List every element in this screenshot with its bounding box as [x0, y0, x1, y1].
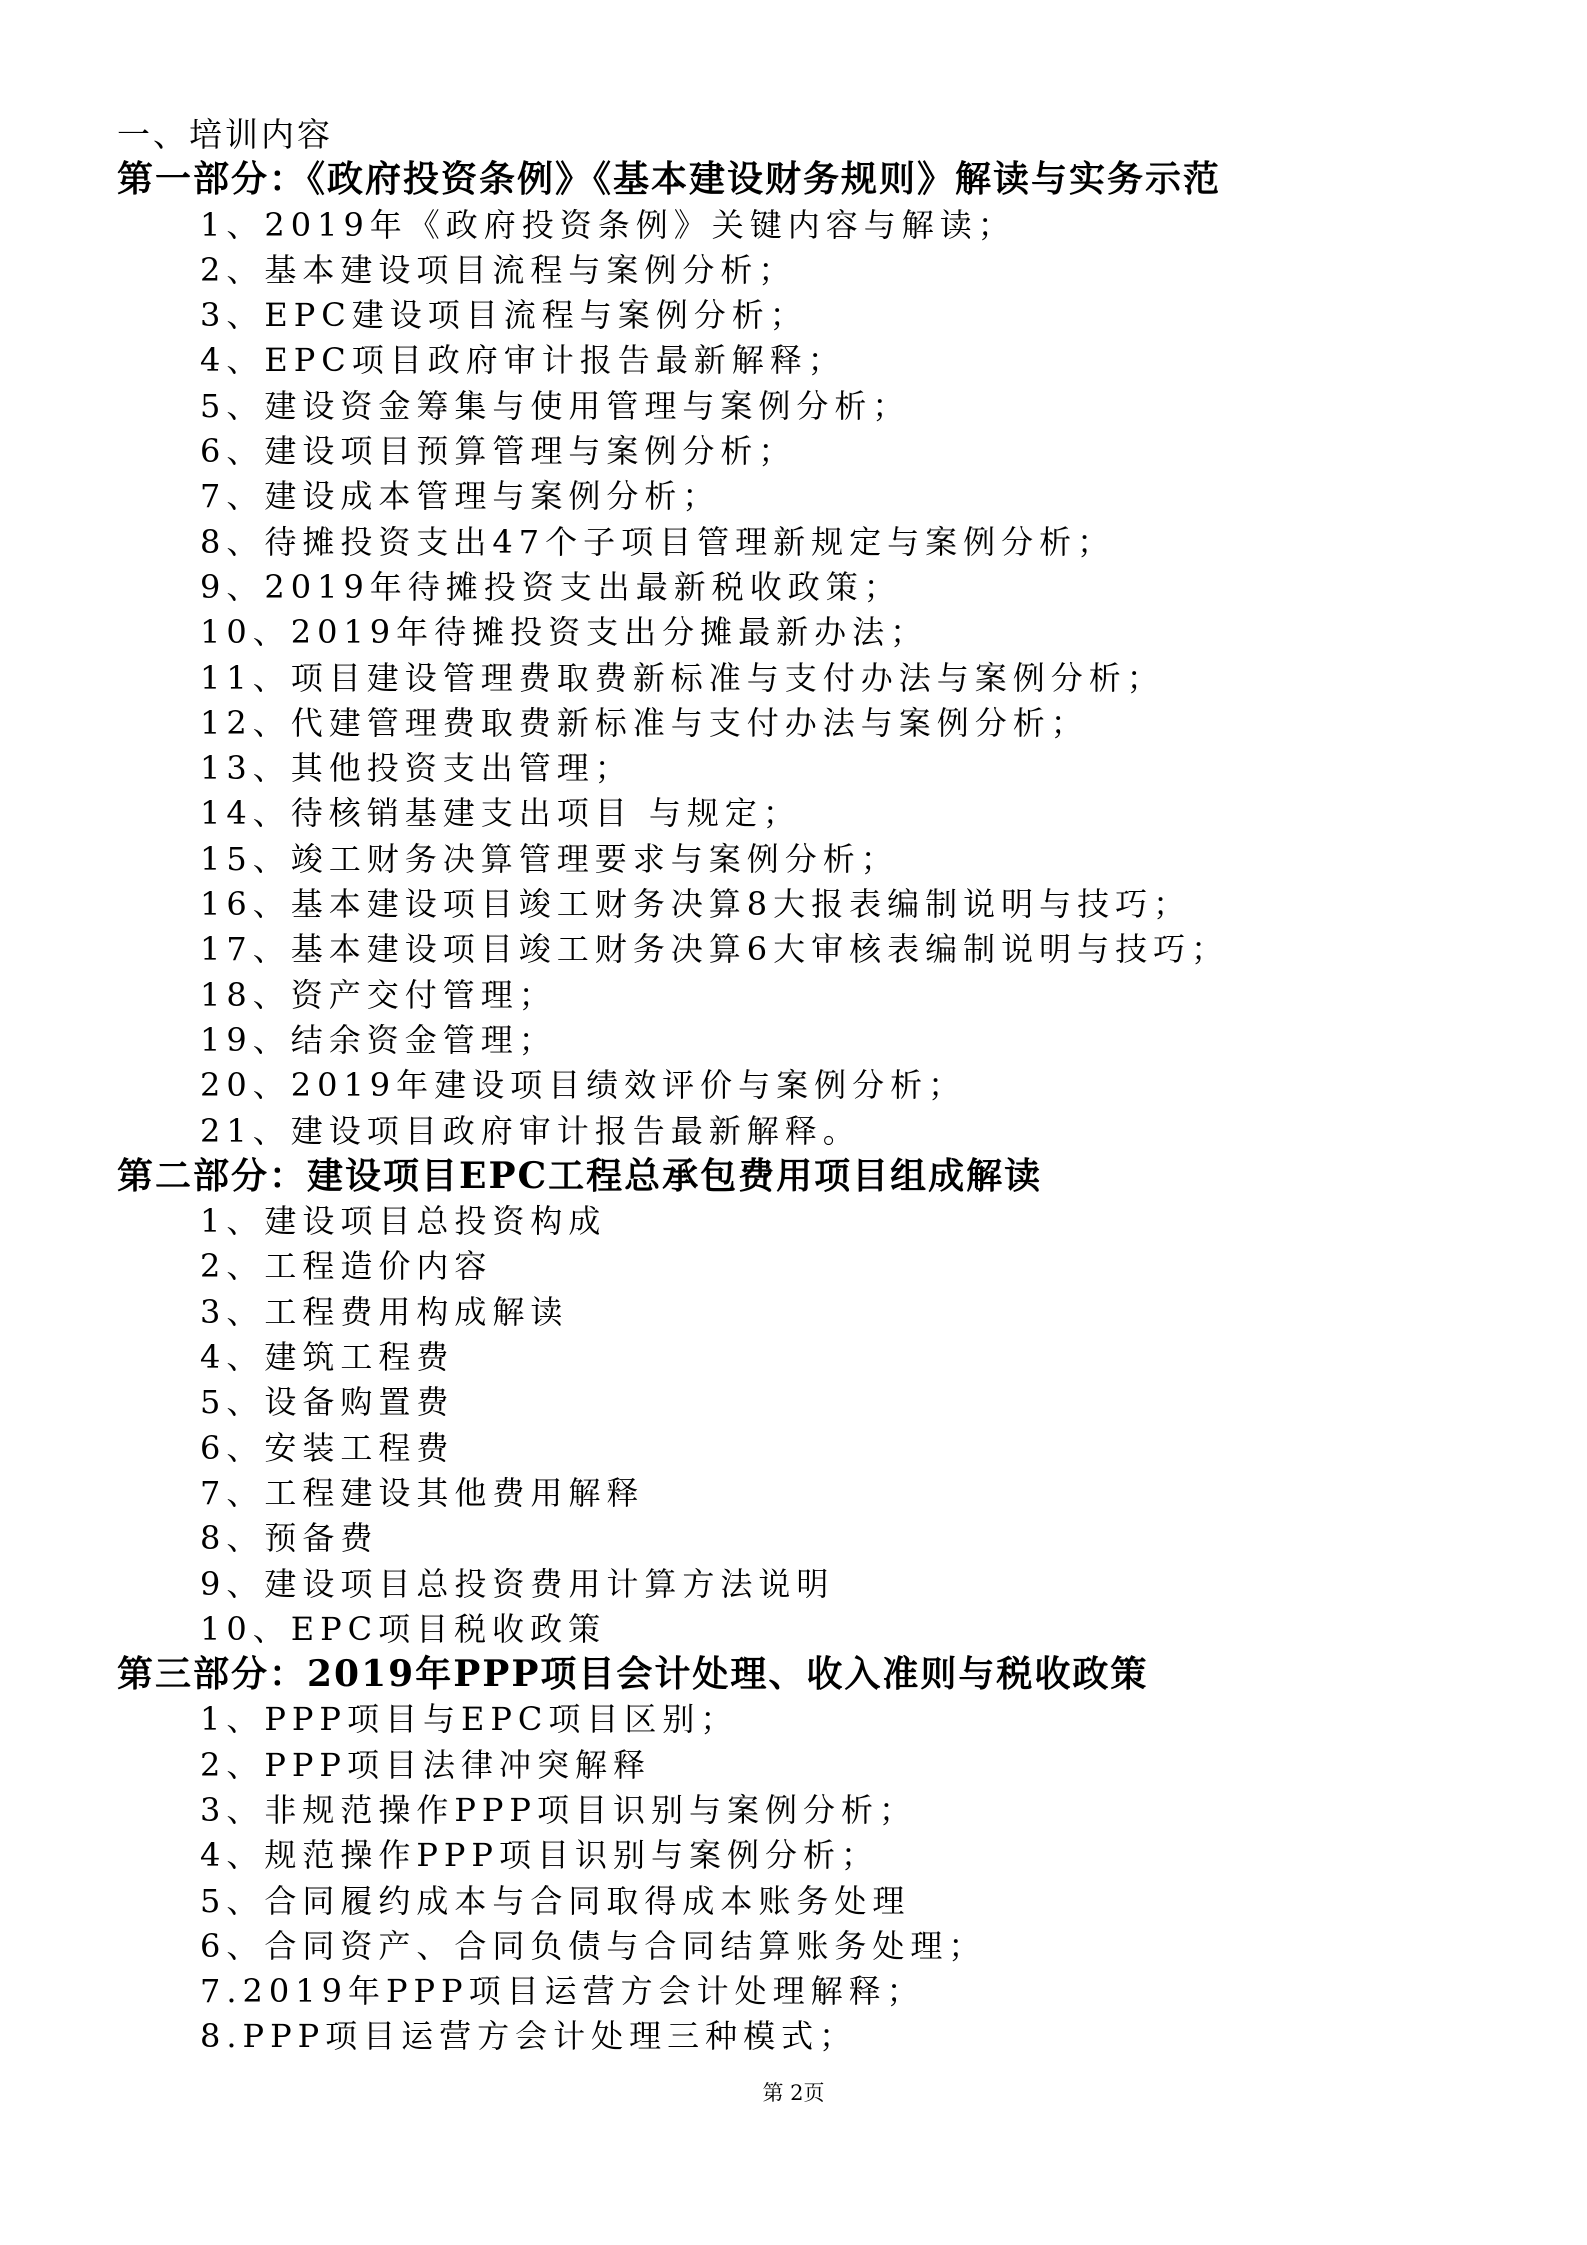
list-item: 4、EPC项目政府审计报告最新解释； [117, 338, 1477, 383]
list-item: 11、项目建设管理费取费新标准与支付办法与案例分析； [117, 656, 1477, 701]
list-item: 6、安装工程费 [117, 1426, 1477, 1471]
list-item: 1、2019年《政府投资条例》关键内容与解读； [117, 203, 1477, 248]
list-item: 14、待核销基建支出项目 与规定； [117, 791, 1477, 836]
list-item: 2、PPP项目法律冲突解释 [117, 1743, 1477, 1788]
document-page: 一、培训内容 第一部分：《政府投资条例》《基本建设财务规则》解读与实务示范 1、… [0, 0, 1587, 2245]
list-item: 3、非规范操作PPP项目识别与案例分析； [117, 1788, 1477, 1833]
section-title: 一、培训内容 [117, 112, 1477, 157]
list-item: 4、规范操作PPP项目识别与案例分析； [117, 1833, 1477, 1878]
document-content: 一、培训内容 第一部分：《政府投资条例》《基本建设财务规则》解读与实务示范 1、… [117, 112, 1477, 2060]
part-2: 第二部分：建设项目EPC工程总承包费用项目组成解读 1、建设项目总投资构成 2、… [117, 1154, 1477, 1652]
list-item: 8.PPP项目运营方会计处理三种模式； [117, 2014, 1477, 2059]
list-item: 16、基本建设项目竣工财务决算8大报表编制说明与技巧； [117, 882, 1477, 927]
list-item: 9、建设项目总投资费用计算方法说明 [117, 1562, 1477, 1607]
list-item: 8、预备费 [117, 1516, 1477, 1561]
list-item: 2、工程造价内容 [117, 1244, 1477, 1289]
list-item: 8、待摊投资支出47个子项目管理新规定与案例分析； [117, 520, 1477, 565]
list-item: 21、建设项目政府审计报告最新解释。 [117, 1109, 1477, 1154]
list-item: 15、竣工财务决算管理要求与案例分析； [117, 837, 1477, 882]
part-3: 第三部分：2019年PPP项目会计处理、收入准则与税收政策 1、PPP项目与EP… [117, 1652, 1477, 2060]
list-item: 10、EPC项目税收政策 [117, 1607, 1477, 1652]
part-2-heading: 第二部分：建设项目EPC工程总承包费用项目组成解读 [117, 1154, 1477, 1199]
list-item: 5、合同履约成本与合同取得成本账务处理 [117, 1879, 1477, 1924]
list-item: 9、2019年待摊投资支出最新税收政策； [117, 565, 1477, 610]
list-item: 19、结余资金管理； [117, 1018, 1477, 1063]
list-item: 17、基本建设项目竣工财务决算6大审核表编制说明与技巧； [117, 927, 1477, 972]
list-item: 3、EPC建设项目流程与案例分析； [117, 293, 1477, 338]
list-item: 5、设备购置费 [117, 1380, 1477, 1425]
list-item: 18、资产交付管理； [117, 973, 1477, 1018]
list-item: 2、基本建设项目流程与案例分析； [117, 248, 1477, 293]
list-item: 5、建设资金筹集与使用管理与案例分析； [117, 384, 1477, 429]
list-item: 12、代建管理费取费新标准与支付办法与案例分析； [117, 701, 1477, 746]
part-1-heading: 第一部分：《政府投资条例》《基本建设财务规则》解读与实务示范 [117, 157, 1477, 202]
page-number: 第 2页 [0, 2078, 1587, 2108]
list-item: 6、建设项目预算管理与案例分析； [117, 429, 1477, 474]
list-item: 6、合同资产、合同负债与合同结算账务处理； [117, 1924, 1477, 1969]
list-item: 1、PPP项目与EPC项目区别； [117, 1697, 1477, 1742]
list-item: 7.2019年PPP项目运营方会计处理解释； [117, 1969, 1477, 2014]
list-item: 13、其他投资支出管理； [117, 746, 1477, 791]
list-item: 7、建设成本管理与案例分析； [117, 474, 1477, 519]
list-item: 4、建筑工程费 [117, 1335, 1477, 1380]
list-item: 7、工程建设其他费用解释 [117, 1471, 1477, 1516]
part-1: 第一部分：《政府投资条例》《基本建设财务规则》解读与实务示范 1、2019年《政… [117, 157, 1477, 1154]
list-item: 20、2019年建设项目绩效评价与案例分析； [117, 1063, 1477, 1108]
part-3-heading: 第三部分：2019年PPP项目会计处理、收入准则与税收政策 [117, 1652, 1477, 1697]
list-item: 1、建设项目总投资构成 [117, 1199, 1477, 1244]
list-item: 10、2019年待摊投资支出分摊最新办法； [117, 610, 1477, 655]
list-item: 3、工程费用构成解读 [117, 1290, 1477, 1335]
